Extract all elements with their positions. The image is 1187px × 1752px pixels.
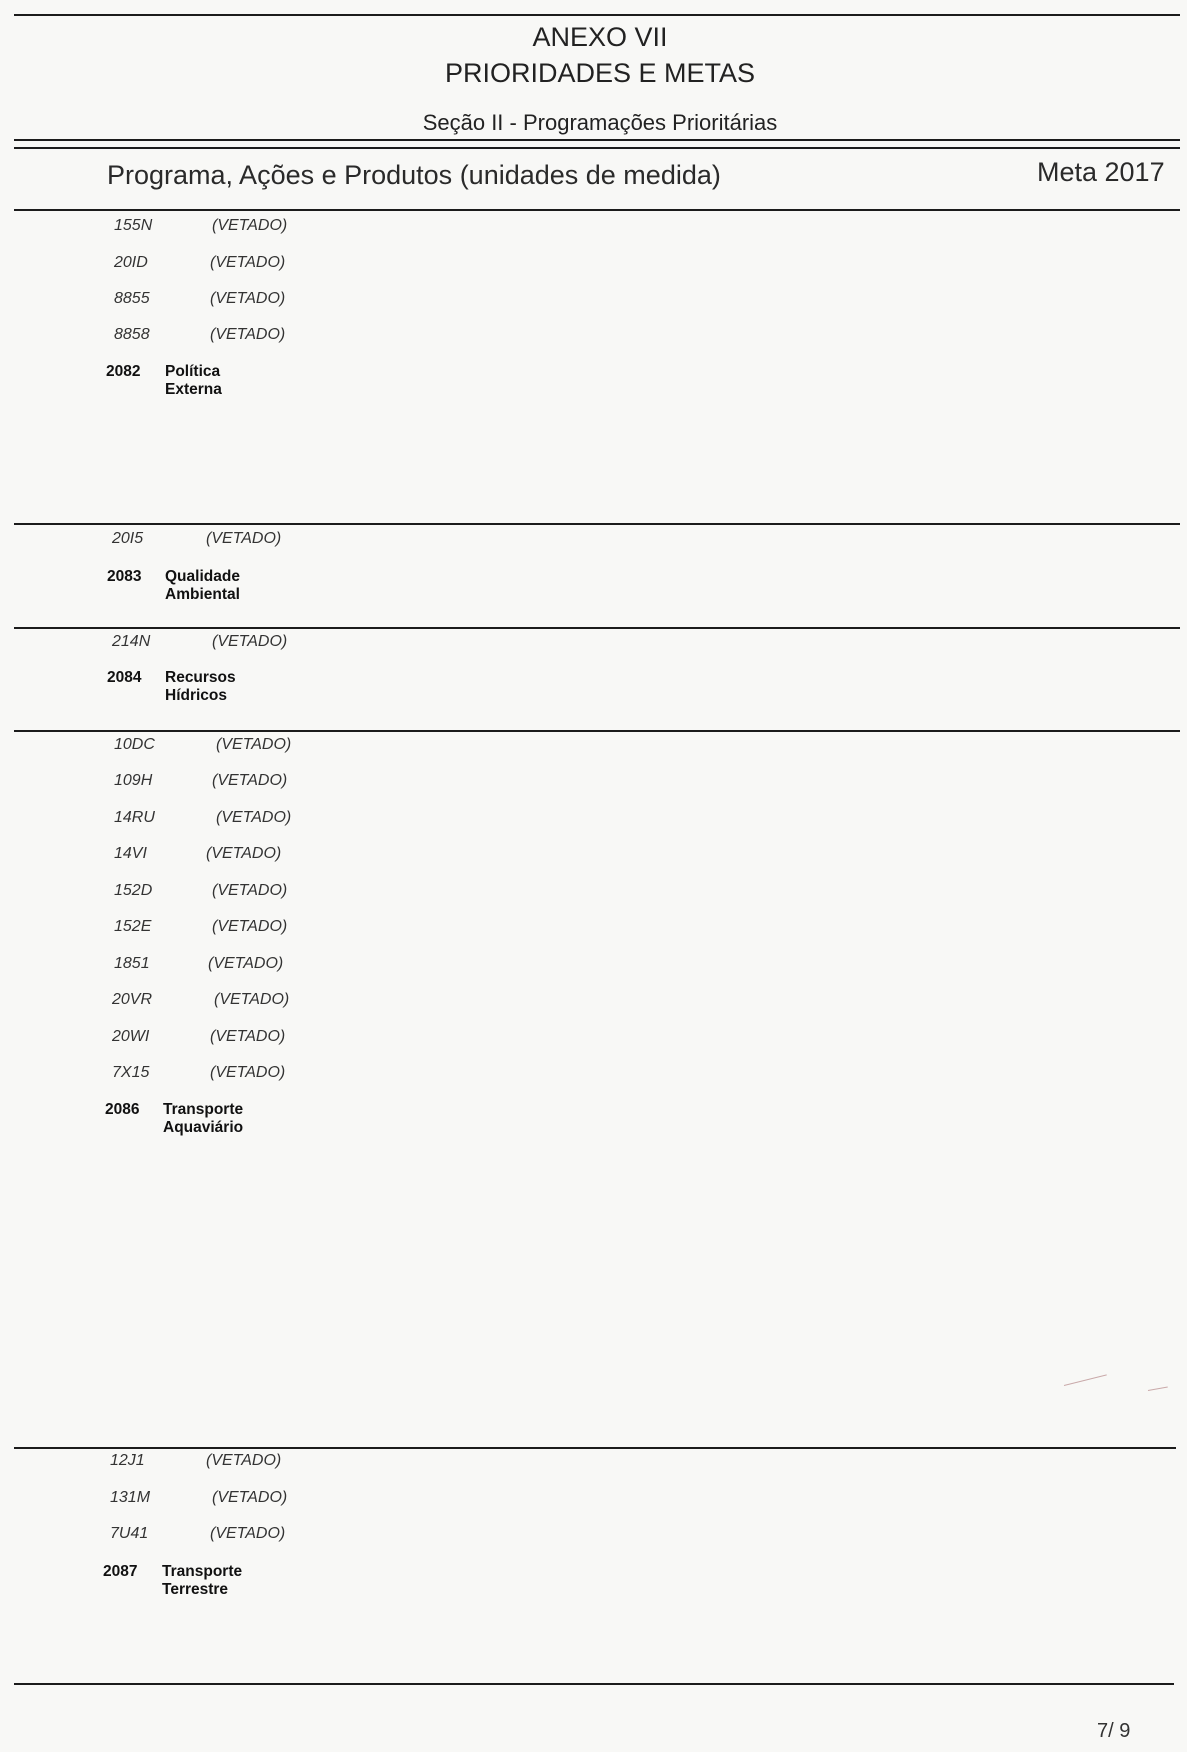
program-code: 2087 [103,1563,137,1581]
section-title: Seção II - Programações Prioritárias [0,110,1187,136]
action-status: (VETADO) [212,1489,287,1507]
action-status: (VETADO) [210,1064,285,1082]
action-status: (VETADO) [212,882,287,900]
action-code: 14VI [114,845,147,863]
program-name: Recursos Hídricos [165,669,236,705]
program-name: Transporte Aquaviário [163,1101,243,1137]
action-status: (VETADO) [210,1525,285,1543]
action-status: (VETADO) [216,736,291,754]
program-code: 2084 [107,669,141,687]
action-status: (VETADO) [210,290,285,308]
column-header-rule [14,209,1180,211]
action-code: 20I5 [112,530,143,548]
program-code: 2086 [105,1101,139,1119]
action-code: 8855 [114,290,150,308]
group-divider [14,1447,1176,1449]
action-code: 7U41 [110,1525,148,1543]
action-status: (VETADO) [212,772,287,790]
action-status: (VETADO) [212,633,287,651]
action-code: 14RU [114,809,155,827]
action-code: 12J1 [110,1452,145,1470]
action-status: (VETADO) [212,918,287,936]
action-status: (VETADO) [210,254,285,272]
column-header-meta: Meta 2017 [1037,157,1165,188]
header-double-rule-bottom [14,147,1180,149]
group-divider [14,730,1180,732]
action-code: 20VR [112,991,152,1009]
group-divider [14,627,1180,629]
action-code: 20ID [114,254,148,272]
header-double-rule-top [14,139,1180,141]
action-status: (VETADO) [216,809,291,827]
bottom-rule [14,1683,1174,1685]
annex-title: ANEXO VII [0,22,1187,52]
program-name: Qualidade Ambiental [165,568,240,604]
group-divider [14,523,1180,525]
action-status: (VETADO) [214,991,289,1009]
action-code: 155N [114,217,152,235]
top-rule [14,14,1180,16]
action-code: 131M [110,1489,150,1507]
action-status: (VETADO) [206,1452,281,1470]
action-code: 10DC [114,736,155,754]
page-number: 7/ 9 [1097,1720,1130,1743]
action-status: (VETADO) [206,530,281,548]
program-code: 2082 [106,363,140,381]
action-code: 8858 [114,326,150,344]
action-status: (VETADO) [210,1028,285,1046]
action-status: (VETADO) [206,845,281,863]
action-status: (VETADO) [210,326,285,344]
pen-mark [1064,1374,1107,1386]
action-code: 214N [112,633,150,651]
action-code: 7X15 [112,1064,149,1082]
document-title: PRIORIDADES E METAS [0,58,1187,88]
pen-mark [1148,1387,1168,1391]
action-code: 1851 [114,955,150,973]
program-name: Política Externa [165,363,222,399]
action-status: (VETADO) [212,217,287,235]
action-status: (VETADO) [208,955,283,973]
action-code: 20WI [112,1028,149,1046]
action-code: 152E [114,918,151,936]
action-code: 109H [114,772,152,790]
program-name: Transporte Terrestre [162,1563,242,1599]
action-code: 152D [114,882,152,900]
program-code: 2083 [107,568,141,586]
column-header-programs: Programa, Ações e Produtos (unidades de … [107,160,721,191]
